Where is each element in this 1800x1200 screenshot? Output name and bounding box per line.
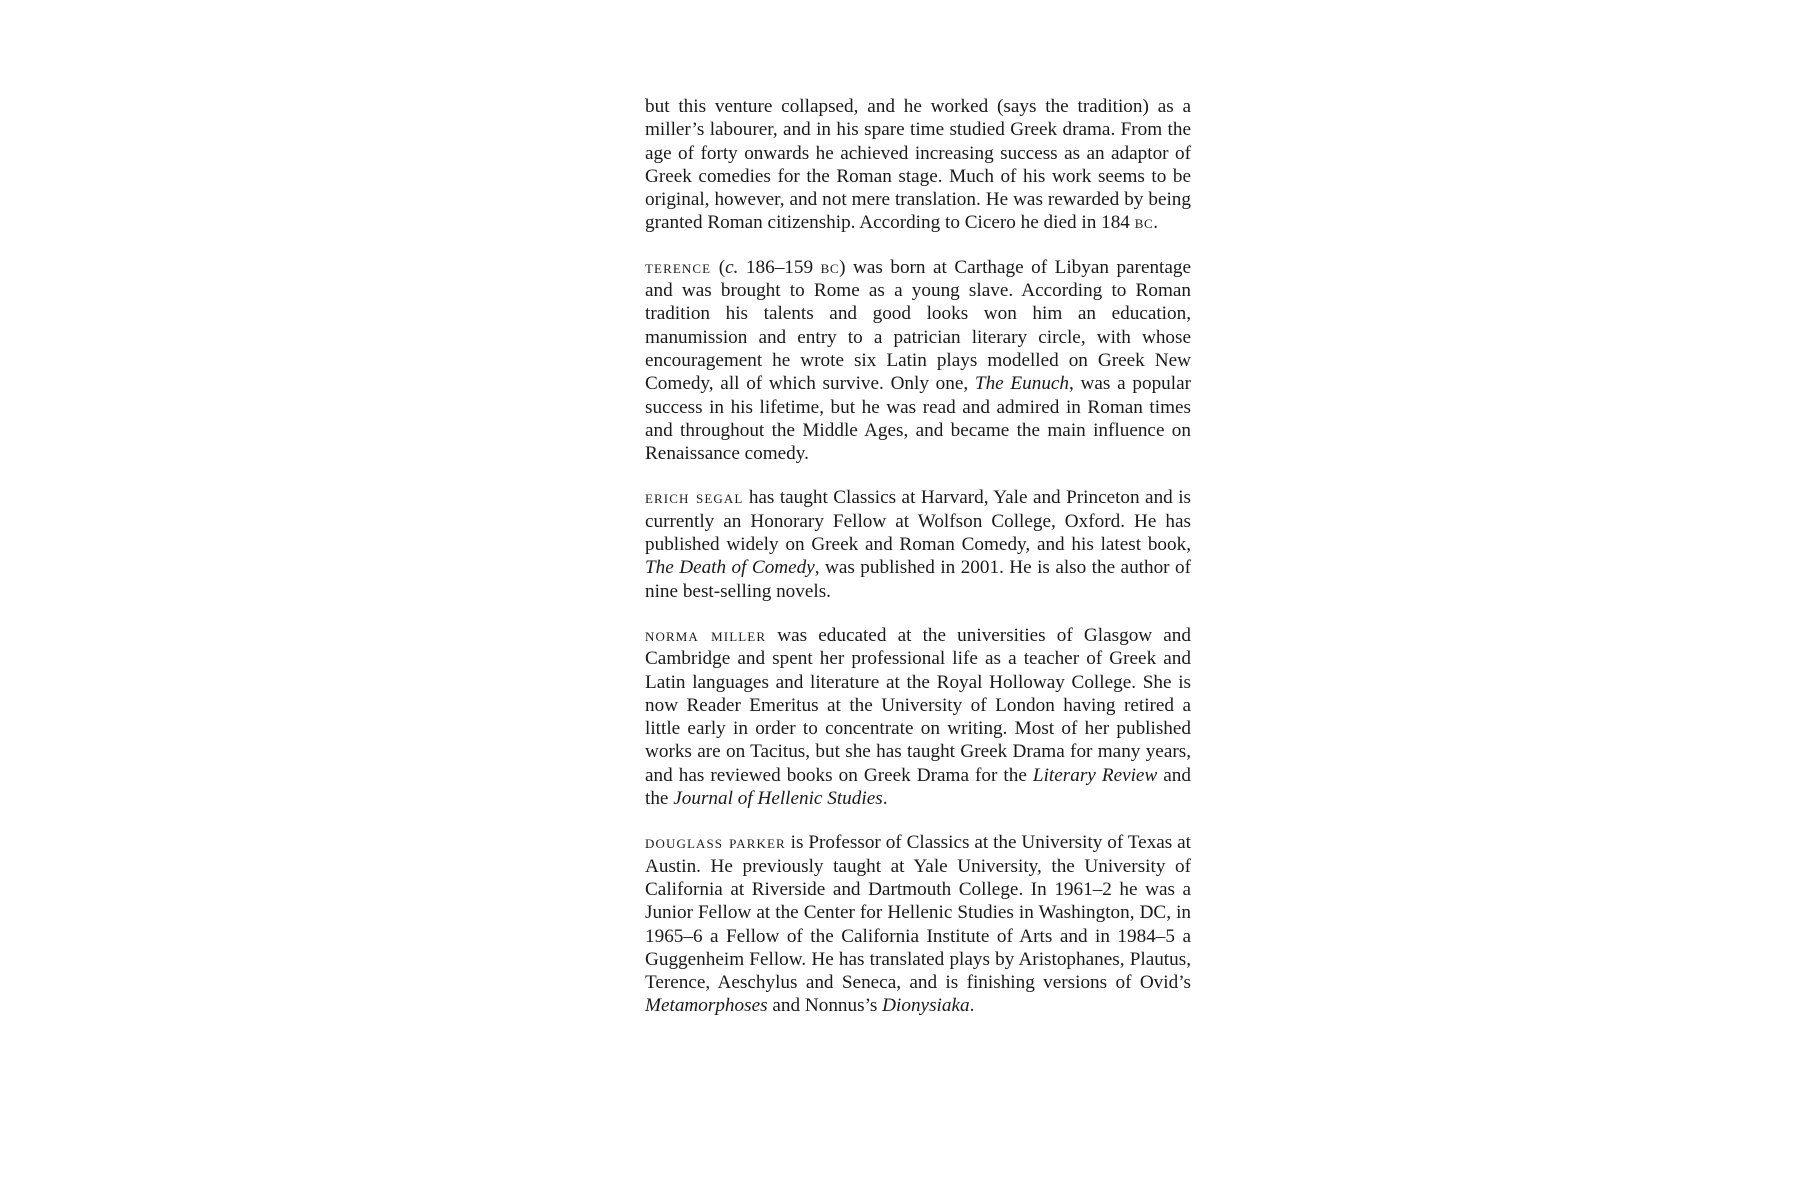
title-death-of-comedy: The Death of Comedy: [645, 557, 815, 578]
era-abbreviation: BC: [821, 257, 840, 278]
body-text: is Professor of Classics at the Universi…: [645, 832, 1191, 993]
body-text: (: [711, 257, 725, 278]
title-metamorphoses: Metamorphoses: [645, 995, 768, 1016]
author-name-erich-segal: ERICH SEGAL: [645, 487, 743, 508]
paragraph-terence: TERENCE (c. 186–159 BC) was born at Cart…: [645, 256, 1191, 466]
body-text: .: [1153, 212, 1158, 233]
author-name-terence: TERENCE: [645, 257, 711, 278]
title-dionysiaka: Dionysiaka: [882, 995, 969, 1016]
author-name-douglass-parker: DOUGLASS PARKER: [645, 832, 786, 853]
title-journal-hellenic-studies: Journal of Hellenic Studies: [673, 788, 882, 809]
body-text: .: [883, 788, 888, 809]
document-page: but this venture collapsed, and he worke…: [645, 95, 1191, 1039]
body-text: but this venture collapsed, and he worke…: [645, 96, 1191, 233]
body-text: 186–159: [738, 257, 820, 278]
era-abbreviation: BC: [1135, 212, 1154, 233]
italic-circa: c.: [725, 257, 738, 278]
body-text: and Nonnus’s: [768, 995, 883, 1016]
author-name-norma-miller: NORMA MILLER: [645, 625, 766, 646]
paragraph-erich-segal: ERICH SEGAL has taught Classics at Harva…: [645, 486, 1191, 602]
title-the-eunuch: The Eunuch: [975, 373, 1069, 394]
paragraph-douglass-parker: DOUGLASS PARKER is Professor of Classics…: [645, 831, 1191, 1017]
title-literary-review: Literary Review: [1033, 765, 1157, 786]
body-text: .: [970, 995, 975, 1016]
paragraph-norma-miller: NORMA MILLER was educated at the univers…: [645, 624, 1191, 810]
paragraph-plautus-continued: but this venture collapsed, and he worke…: [645, 95, 1191, 235]
body-text: was educated at the universities of Glas…: [645, 625, 1191, 786]
